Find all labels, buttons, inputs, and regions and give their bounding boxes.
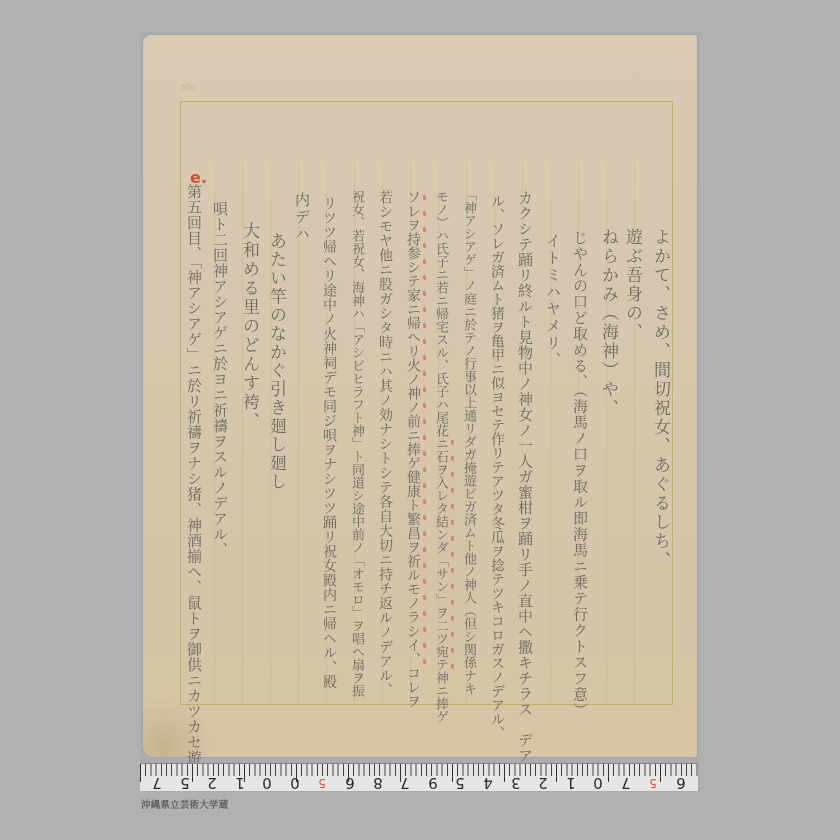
text-column-4: じやんの口ど取める、（海馬ノ口ヲ取ル即海馬ニ乗テ行クトスフ意） [572, 230, 587, 719]
text-column-8: 「神アシアゲ」ノ庭ニ於テノ行事以上通リダガ掩遊ビガ済ムト他ノ神人（但シ関係ナキ [462, 188, 475, 695]
text-column-14: 内デハ [294, 192, 309, 243]
red-dot-annotations [423, 195, 427, 675]
ruler-number: 5 [451, 775, 469, 791]
rule-line [298, 162, 299, 704]
ruler-number: 4 [479, 775, 497, 791]
ruler-number-red: 5 [644, 775, 662, 791]
text-column-3: ねらかみ（海神）や、 [599, 228, 616, 418]
text-column-15: あたい竿のなかぐ引き廻し廻し [267, 232, 284, 491]
scan-stage: No. よかて、さめ、間切祝女、あぐるしち、 遊ぶ吾身の、 ねらかみ（海神）や、… [0, 0, 840, 840]
ruler-number: 7 [617, 775, 635, 791]
red-dot-annotations [451, 440, 455, 680]
text-column-16: 大和める里のどんす袴、 [240, 222, 257, 431]
ruler-number-red: 5 [313, 775, 331, 791]
text-column-18: 第五回目、「神アシアゲ」ニ於リ祈禱ヲナシ猪、神酒揃ヘ、鼠トヲ御供ニカツカセ遊ビ [186, 184, 201, 781]
text-column-11: 若シモヤ他ニ股ガシタ時ニハ其ノ効ナシトシテ各自大切ニ持チ返ルノデアル、 [378, 190, 392, 698]
ruler-number: 1 [231, 775, 249, 791]
ruler-number: 7 [396, 775, 414, 791]
ruler-number: 8 [369, 775, 387, 791]
ruler-number: 7 [148, 775, 166, 791]
ruler-numbers: 7 5 2 1 0 0 5 6 8 7 9 5 4 3 2 1 0 7 5 6 [140, 775, 698, 791]
ruler-number: 3 [507, 775, 525, 791]
text-column-9: モノ）ハ氏子ニ若ニ帰宅スル、氏子ハ尾花ニ石ヲ入レタ結ンダ「サン」ヲ二ツ宛テ神ニ捧… [434, 190, 447, 723]
text-column-13: リツツ帰ヘリ途中ノ火神祠デモ同ジ唄ヲナシツツ踊リ祝女殿内ニ帰ヘル、殿 [322, 196, 336, 689]
ruler-number: 2 [203, 775, 221, 791]
text-column-17: 唄ト二回神アシアゲニ於ヨニ祈禱ヲスルノデアル、 [212, 201, 227, 558]
measuring-ruler: 7 5 2 1 0 0 5 6 8 7 9 5 4 3 2 1 0 7 5 6 [140, 763, 698, 791]
collection-credit: 沖縄県立芸術大学蔵 [141, 797, 228, 811]
text-column-10: ソレヲ持参シテ家ニ帰ヘリ火ノ神ノ前ニ捧ゲ健康ト繁昌ヲ祈ルモノラシイ、コレヲ [406, 190, 420, 708]
red-margin-mark: e. [190, 168, 207, 187]
text-column-2: 遊ぶ吾身の、 [623, 228, 640, 342]
text-column-1: よかて、さめ、間切祝女、あぐるしち、 [651, 228, 668, 570]
text-column-12: 祝女、若祝女、海神ハ「アシビヒラフト神」ト同道シ途中前ノ「オモロ」ヲ唱ヘ扇ヲ振 [350, 190, 363, 697]
ruler-number: 0 [589, 775, 607, 791]
ruler-number: 0 [286, 775, 304, 791]
ruler-number: 0 [258, 775, 276, 791]
text-column-7: ル、ソレガ済ムト猪ヲ亀甲ニ似ヨセテ作リテアツタ冬瓜ヲ捻テツキコロガスノデアル、 [490, 194, 504, 740]
ruler-number: 5 [176, 775, 194, 791]
ruler-number: 6 [341, 775, 359, 791]
ruler-number: 9 [424, 775, 442, 791]
ruler-number: 1 [562, 775, 580, 791]
ruler-number: 6 [672, 775, 690, 791]
ruler-number: 2 [534, 775, 552, 791]
text-column-5: イトミハヤメリ、 [545, 233, 560, 369]
text-column-6: カクシテ踊リ終ルト見物中ノ神女ノ一人ガ蜜柑ヲ踊リ手ノ直中ヘ撒キチラス デア [517, 190, 532, 764]
page-number-label: No. [181, 84, 198, 94]
